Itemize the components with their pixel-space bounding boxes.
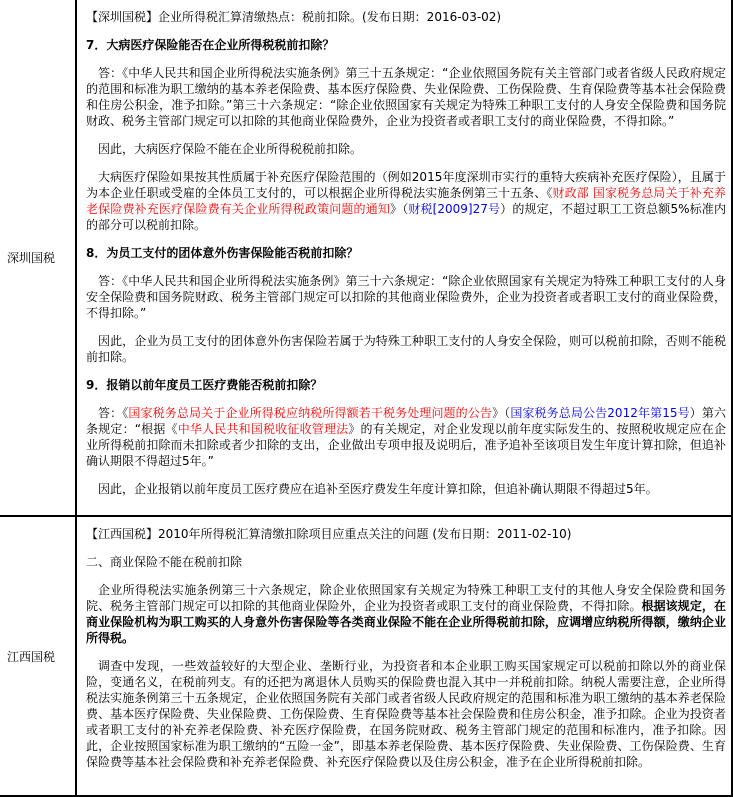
question-heading: 7．大病医疗保险能否在企业所得税税前扣除？ [86, 37, 726, 53]
row-label-jiangxi: 江西国税 [0, 517, 77, 795]
row-content-shenzhen: 【深圳国税】企业所得税汇算清缴热点：税前扣除。(发布日期：2016-03-02)… [77, 0, 731, 515]
paragraph: 答：《中华人民共和国企业所得税法实施条例》第三十五条规定：“企业依照国务院有关主… [86, 65, 726, 129]
text-segment: 答：《中华人民共和国企业所得税法实施条例》第三十六条规定：“除企业依照国家有关规… [86, 274, 726, 320]
text-segment: 因此，大病医疗保险不能在企业所得税税前扣除。 [98, 142, 362, 156]
paragraph: 因此，大病医疗保险不能在企业所得税税前扣除。 [86, 141, 726, 157]
row-content-jiangxi: 【江西国税】2010年所得税汇算清缴扣除项目应重点关注的问题 (发布日期：201… [77, 517, 731, 795]
text-segment: 答：《 [98, 406, 128, 420]
text-segment: 因此，企业为员工支付的团体意外伤害保险若属于为特殊工种职工支付的人身安全保险，则… [86, 334, 726, 364]
paragraph: 答：《国家税务总局关于企业所得税应纳税所得额若干税务处理问题的公告》（国家税务总… [86, 405, 726, 469]
source-title-line: 【深圳国税】企业所得税汇算清缴热点：税前扣除。(发布日期：2016-03-02) [86, 9, 726, 25]
table-row-shenzhen: 深圳国税 【深圳国税】企业所得税汇算清缴热点：税前扣除。(发布日期：2016-0… [0, 0, 733, 517]
text-segment: 调查中发现，一些效益较好的大型企业、垄断行业，为投资者和本企业职工购买国家规定可… [86, 659, 726, 769]
text-segment: 【江西国税】2010年所得税汇算清缴扣除项目应重点关注的问题 (发布日期：201… [86, 527, 571, 541]
paragraph: 大病医疗保险如果按其性质属于补充医疗保险范围的（例如2015年度深圳市实行的重特… [86, 169, 726, 233]
question-heading: 9．报销以前年度员工医疗费能否税前扣除？ [86, 377, 726, 393]
row-label-shenzhen: 深圳国税 [0, 0, 77, 515]
doc-number-link[interactable]: 国家税务总局公告2012年第15号 [510, 406, 689, 420]
paragraph: 答：《中华人民共和国企业所得税法实施条例》第三十六条规定：“除企业依照国家有关规… [86, 273, 726, 321]
row-label-text: 江西国税 [7, 648, 55, 665]
paragraph: 企业所得税法实施条例第三十六条规定，除企业依照国家有关规定为特殊工种职工支付的其… [86, 582, 726, 646]
text-segment: 》（ [390, 202, 408, 216]
question-heading: 8．为员工支付的团体意外伤害保险能否税前扣除？ [86, 245, 726, 261]
doc-title-link[interactable]: 国家税务总局关于企业所得税应纳税所得额若干税务处理问题的公告 [128, 406, 492, 420]
paragraph: 因此，企业报销以前年度员工医疗费应在追补至医疗费发生年度计算扣除，但追补确认期限… [86, 481, 726, 497]
text-segment: 答：《中华人民共和国企业所得税法实施条例》第三十五条规定：“企业依照国务院有关主… [86, 66, 726, 128]
paragraph: 因此，企业为员工支付的团体意外伤害保险若属于为特殊工种职工支付的人身安全保险，则… [86, 333, 726, 365]
table-row-jiangxi: 江西国税 【江西国税】2010年所得税汇算清缴扣除项目应重点关注的问题 (发布日… [0, 517, 733, 797]
text-segment: 》（ [492, 406, 510, 420]
text-segment: 【深圳国税】企业所得税汇算清缴热点：税前扣除。(发布日期：2016-03-02) [86, 10, 501, 24]
doc-title-link[interactable]: 中华人民共和国税收征收管理法 [178, 422, 349, 436]
paragraph: 调查中发现，一些效益较好的大型企业、垄断行业，为投资者和本企业职工购买国家规定可… [86, 658, 726, 770]
tax-qa-table: 深圳国税 【深圳国税】企业所得税汇算清缴热点：税前扣除。(发布日期：2016-0… [0, 0, 733, 797]
text-segment: 9．报销以前年度员工医疗费能否税前扣除？ [86, 378, 322, 392]
row-label-text: 深圳国税 [7, 249, 55, 266]
source-title-line: 【江西国税】2010年所得税汇算清缴扣除项目应重点关注的问题 (发布日期：201… [86, 526, 726, 542]
text-segment: 企业所得税法实施条例第三十六条规定，除企业依照国家有关规定为特殊工种职工支付的其… [86, 583, 726, 613]
section-heading: 二、商业保险不能在税前扣除 [86, 554, 726, 570]
text-segment: 因此，企业报销以前年度员工医疗费应在追补至医疗费发生年度计算扣除，但追补确认期限… [98, 482, 658, 496]
text-segment: 7．大病医疗保险能否在企业所得税税前扣除？ [86, 38, 334, 52]
doc-number-link[interactable]: 财税[2009]27号 [408, 202, 500, 216]
text-segment: 二、商业保险不能在税前扣除 [86, 555, 242, 569]
text-segment: 8．为员工支付的团体意外伤害保险能否税前扣除？ [86, 246, 358, 260]
